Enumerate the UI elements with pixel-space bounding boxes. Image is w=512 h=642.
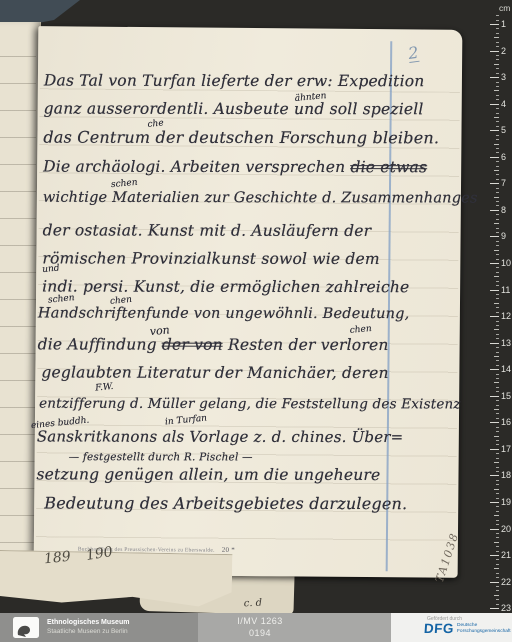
ruler-sub-tick: [496, 73, 499, 74]
ruler-sub-tick: [496, 108, 499, 109]
ruler-sub-tick: [496, 307, 499, 308]
ruler-cm-number-12: 12: [501, 312, 511, 321]
ruler-sub-tick: [496, 121, 499, 122]
ruler-sub-tick: [496, 166, 499, 167]
ruler-cm-tick-10: [490, 263, 499, 264]
ruler-sub-tick: [496, 59, 499, 60]
ruler-sub-tick: [496, 82, 499, 83]
ruler-sub-tick: [496, 152, 499, 153]
ruler-sub-tick: [496, 188, 499, 189]
handwriting-text: — festgestellt durch R. Pischel —: [69, 451, 253, 463]
ruler-cm-tick-3: [490, 77, 499, 78]
ruler-cm-tick-7: [490, 183, 499, 184]
inventory-text: I/MV 1263 0194: [198, 616, 322, 639]
ruler-sub-tick: [496, 99, 499, 100]
ruler-sub-tick: [496, 267, 499, 268]
ruler-sub-tick: [496, 506, 499, 507]
ruler-cm-tick-6: [490, 157, 499, 158]
ruler-cm-number-7: 7: [501, 179, 506, 188]
museum-text: Ethnologisches Museum Staatliche Museen …: [47, 618, 129, 636]
ruler-cm-tick-2: [490, 51, 499, 52]
ruler-cm-number-1: 1: [501, 20, 506, 29]
ruler-sub-tick: [494, 382, 499, 383]
ruler-sub-tick: [496, 228, 499, 229]
ruler-sub-tick: [494, 170, 499, 171]
ruler-cm-tick-1: [490, 24, 499, 25]
ruler-sub-tick: [496, 281, 499, 282]
ruler-sub-tick: [494, 356, 499, 357]
ruler-sub-tick: [494, 223, 499, 224]
ruler-cm-number-18: 18: [501, 471, 511, 480]
ruler-cm-number-8: 8: [501, 206, 506, 215]
handwriting-insertion-9: F.W.: [95, 382, 114, 394]
ruler-cm-number-21: 21: [501, 551, 511, 560]
inventory-number: I/MV 1263: [198, 616, 322, 627]
ruler-sub-tick: [496, 511, 499, 512]
ruler-sub-tick: [496, 400, 499, 401]
ruler-sub-tick: [496, 205, 499, 206]
ruler-cm-tick-13: [490, 343, 499, 344]
handwriting-line-3: das Centrum der deutschen Forschung blei…: [43, 128, 439, 148]
ruler-sub-tick: [496, 321, 499, 322]
ruler-sub-tick: [496, 232, 499, 233]
ruler-sub-tick: [496, 68, 499, 69]
ruler-sub-tick: [496, 427, 499, 428]
ruler-sub-tick: [496, 86, 499, 87]
handwriting-text: die Auffindung: [38, 335, 162, 353]
ruler-sub-tick: [496, 325, 499, 326]
ruler-sub-tick: [494, 568, 499, 569]
ruler-cm-number-16: 16: [501, 418, 511, 427]
ruler-sub-tick: [494, 489, 499, 490]
handwriting-insertion-3: schen: [111, 178, 138, 191]
ruler-sub-tick: [494, 515, 499, 516]
ruler-sub-tick: [496, 378, 499, 379]
ruler-cm-number-9: 9: [501, 232, 506, 241]
ruler-sub-tick: [496, 467, 499, 468]
ruler-sub-tick: [496, 374, 499, 375]
ruler-sub-tick: [496, 298, 499, 299]
next-page-edge: [0, 550, 232, 607]
ruler-sub-tick: [496, 387, 499, 388]
ruler-sub-tick: [494, 542, 499, 543]
image-number: 0194: [198, 628, 322, 639]
handwriting-line-12: entzifferung d. Müller gelang, die Fests…: [39, 396, 461, 413]
handwriting-line-10: die Auffindung der von Resten der verlor…: [38, 335, 389, 354]
handwriting-text: setzung genügen allein, um die ungeheure: [36, 465, 380, 484]
ruler-sub-tick: [496, 174, 499, 175]
ruler-sub-tick: [496, 431, 499, 432]
ruler-sub-tick: [494, 462, 499, 463]
ruler-sub-tick: [496, 42, 499, 43]
ruler-unit-label: cm: [499, 3, 510, 13]
ruler-sub-tick: [494, 303, 499, 304]
ruler-sub-tick: [496, 365, 499, 366]
ruler-sub-tick: [496, 272, 499, 273]
ruler-cm-tick-15: [490, 396, 499, 397]
ruler-cm-number-4: 4: [501, 100, 506, 109]
inventory-banner: I/MV 1263 0194: [198, 613, 391, 642]
handwriting-line-16: Bedeutung des Arbeitsgebietes darzulegen…: [44, 493, 407, 513]
ruler-sub-tick: [496, 484, 499, 485]
ruler-sub-tick: [496, 520, 499, 521]
ruler-sub-tick: [494, 90, 499, 91]
imprint-number: 20 *: [222, 546, 235, 554]
struck-text: der von: [162, 336, 223, 354]
handwriting-line-1: Das Tal von Turfan lieferte der erw: Exp…: [44, 72, 425, 91]
ruler-cm-number-6: 6: [501, 153, 506, 162]
museum-banner: Ethnologisches Museum Staatliche Museen …: [0, 613, 198, 642]
handwriting-line-11: geglaubten Literatur der Manichäer, dere…: [41, 363, 388, 382]
handwriting-text: ganz ausserordentli. Ausbeute und soll s…: [44, 100, 424, 119]
ruler-cm-tick-19: [490, 502, 499, 503]
ruler-sub-tick: [494, 144, 499, 145]
ruler-sub-tick: [496, 444, 499, 445]
ruler-sub-tick: [496, 192, 499, 193]
ruler-cm-tick-18: [490, 475, 499, 476]
ruler-sub-tick: [496, 334, 499, 335]
handwriting-text: Handschriftenfunde von ungewöhnli. Bedeu…: [38, 305, 410, 322]
handwriting-insertion-2: che: [147, 118, 164, 130]
ruler-sub-tick: [494, 64, 499, 65]
ruler-sub-tick: [494, 409, 499, 410]
ruler-sub-tick: [496, 413, 499, 414]
handwriting-text: indi. persi. Kunst, die ermöglichen zahl…: [42, 277, 409, 296]
ruler-cm-tick-16: [490, 422, 499, 423]
struck-text: die etwas: [350, 158, 427, 176]
ruler-cm-number-11: 11: [501, 286, 510, 295]
ruler-sub-tick: [496, 551, 499, 552]
ruler-sub-tick: [496, 294, 499, 295]
ruler-sub-tick: [496, 391, 499, 392]
ruler-cm-tick-22: [490, 582, 499, 583]
footer-bar: Ethnologisches Museum Staatliche Museen …: [0, 613, 512, 642]
ruler-cm-tick-17: [490, 449, 499, 450]
ruler-sub-tick: [496, 28, 499, 29]
ruler-sub-tick: [496, 201, 499, 202]
ruler-sub-tick: [494, 276, 499, 277]
ruler-sub-tick: [496, 241, 499, 242]
ruler-cm-number-5: 5: [501, 126, 506, 135]
ruler-sub-tick: [496, 577, 499, 578]
handwriting-line-14: — festgestellt durch R. Pischel —: [69, 451, 253, 463]
dfg-org-name: Deutsche Forschungsgemeinschaft: [457, 623, 511, 635]
ruler: cm 1234567891011121314151617181920212223: [487, 0, 512, 613]
ruler-sub-tick: [496, 604, 499, 605]
manuscript-page: 2 Buchhandlung des Preussischen-Vereins …: [34, 26, 463, 578]
handwriting-line-2: ganz ausserordentli. Ausbeute und soll s…: [44, 100, 424, 119]
ruler-cm-number-10: 10: [501, 259, 511, 268]
ruler-sub-tick: [496, 20, 499, 21]
ruler-cm-number-13: 13: [501, 339, 511, 348]
page-number-189: 189: [43, 549, 71, 568]
handwriting-line-15: setzung genügen allein, um die ungeheure: [36, 465, 380, 484]
handwriting-text: römischen Provinzialkunst sowol wie dem: [42, 249, 379, 268]
ruler-sub-tick: [496, 113, 499, 114]
museum-name: Ethnologisches Museum: [47, 618, 129, 627]
ruler-sub-tick: [496, 360, 499, 361]
ruler-sub-tick: [496, 537, 499, 538]
ruler-sub-tick: [496, 599, 499, 600]
ruler-sub-tick: [496, 559, 499, 560]
handwriting-text: Die archäologi. Arbeiten versprechen: [43, 158, 350, 177]
ruler-sub-tick: [496, 179, 499, 180]
ruler-sub-tick: [496, 95, 499, 96]
handwriting-insertion-8: von: [149, 323, 170, 338]
ruler-sub-tick: [494, 250, 499, 251]
ruler-sub-tick: [496, 453, 499, 454]
handwriting-insertion-4: und: [42, 263, 60, 275]
ruler-sub-tick: [496, 46, 499, 47]
ruler-cm-tick-23: [490, 608, 499, 609]
ruler-sub-tick: [496, 245, 499, 246]
ruler-sub-tick: [496, 586, 499, 587]
ruler-cm-number-14: 14: [501, 365, 511, 374]
handwriting-line-6: der ostasiat. Kunst mit d. Ausläufern de…: [43, 221, 372, 240]
ruler-sub-tick: [496, 259, 499, 260]
museum-logo-glyph: [13, 617, 39, 638]
ruler-sub-tick: [496, 219, 499, 220]
handwriting-insertion-6: chen: [110, 295, 133, 307]
ruler-sub-tick: [496, 148, 499, 149]
handwriting-text: Das Tal von Turfan lieferte der erw: Exp…: [44, 72, 425, 91]
ruler-sub-tick: [496, 214, 499, 215]
ruler-sub-tick: [496, 338, 499, 339]
ruler-cm-number-15: 15: [501, 392, 511, 401]
ruler-sub-tick: [496, 590, 499, 591]
ruler-sub-tick: [496, 254, 499, 255]
folio-number-pencil: 2: [407, 43, 420, 63]
ruler-sub-tick: [496, 573, 499, 574]
handwriting-line-7: römischen Provinzialkunst sowol wie dem: [42, 249, 379, 268]
ruler-cm-tick-5: [490, 130, 499, 131]
museum-org: Staatliche Museen zu Berlin: [47, 628, 129, 637]
funding-banner: Gefördert durch DFG Deutsche Forschungsg…: [391, 613, 512, 642]
handwriting-insertion-11: in Turfan: [165, 413, 208, 427]
ruler-sub-tick: [496, 480, 499, 481]
ruler-sub-tick: [496, 312, 499, 313]
ruler-sub-tick: [496, 405, 499, 406]
ruler-cm-tick-20: [490, 529, 499, 530]
ruler-sub-tick: [496, 15, 499, 16]
handwriting-text: geglaubten Literatur der Manichäer, dere…: [41, 363, 388, 382]
handwriting-text: der ostasiat. Kunst mit d. Ausläufern de…: [43, 221, 372, 240]
ruler-sub-tick: [494, 117, 499, 118]
ruler-sub-tick: [494, 37, 499, 38]
handwriting-line-13: Sanskritkanons als Vorlage z. d. chines.…: [37, 427, 404, 446]
ruler-sub-tick: [496, 471, 499, 472]
ruler-cm-tick-9: [490, 236, 499, 237]
ruler-sub-tick: [496, 347, 499, 348]
museum-logo-icon: [13, 617, 39, 638]
ruler-sub-tick: [494, 595, 499, 596]
ruler-sub-tick: [496, 524, 499, 525]
ruler-cm-number-19: 19: [501, 498, 511, 507]
ruler-sub-tick: [496, 493, 499, 494]
dfg-logo: DFG: [423, 621, 454, 636]
ruler-sub-tick: [496, 139, 499, 140]
ruler-sub-tick: [496, 161, 499, 162]
ruler-sub-tick: [496, 135, 499, 136]
ruler-cm-number-23: 23: [501, 604, 511, 613]
ruler-sub-tick: [496, 418, 499, 419]
ruler-sub-tick: [496, 533, 499, 534]
handwriting-line-4: Die archäologi. Arbeiten versprechen die…: [43, 158, 427, 177]
ruler-sub-tick: [496, 440, 499, 441]
handwriting-text: Resten der verloren: [223, 336, 389, 354]
ruler-cm-number-17: 17: [501, 445, 511, 454]
handwriting-text: entzifferung d. Müller gelang, die Fests…: [39, 396, 461, 413]
ruler-sub-tick: [496, 458, 499, 459]
handwriting-line-9: Handschriftenfunde von ungewöhnli. Bedeu…: [38, 305, 410, 322]
handwriting-insertion-5: schen: [48, 293, 75, 306]
ruler-cm-tick-12: [490, 316, 499, 317]
ruler-cm-tick-11: [490, 290, 499, 291]
ruler-cm-tick-21: [490, 555, 499, 556]
handwriting-insertion-7: chen: [349, 324, 372, 336]
handwriting-line-8: indi. persi. Kunst, die ermöglichen zahl…: [42, 277, 409, 296]
ruler-sub-tick: [496, 546, 499, 547]
ruler-cm-number-2: 2: [501, 47, 506, 56]
scrap-scribble-2: c. d: [244, 598, 263, 610]
handwriting-text: Sanskritkanons als Vorlage z. d. chines.…: [37, 427, 404, 446]
ruler-cm-tick-14: [490, 369, 499, 370]
ruler-sub-tick: [496, 285, 499, 286]
archival-scan: 2 Buchhandlung des Preussischen-Vereins …: [0, 0, 512, 642]
ruler-sub-tick: [496, 126, 499, 127]
ruler-cm-tick-4: [490, 104, 499, 105]
ruler-sub-tick: [494, 436, 499, 437]
ruler-sub-tick: [496, 498, 499, 499]
ruler-sub-tick: [496, 352, 499, 353]
ruler-sub-tick: [494, 197, 499, 198]
ruler-sub-tick: [496, 564, 499, 565]
ruler-cm-tick-8: [490, 210, 499, 211]
ruler-sub-tick: [496, 33, 499, 34]
handwriting-text: wichtige Materialien zur Geschichte d. Z…: [43, 190, 478, 207]
ruler-sub-tick: [496, 55, 499, 56]
ruler-cm-number-20: 20: [501, 525, 511, 534]
ruler-cm-number-22: 22: [501, 578, 511, 587]
ruler-cm-number-3: 3: [501, 73, 506, 82]
handwriting-text: das Centrum der deutschen Forschung blei…: [43, 128, 439, 148]
handwriting-line-5: wichtige Materialien zur Geschichte d. Z…: [43, 190, 478, 207]
handwriting-text: Bedeutung des Arbeitsgebietes darzulegen…: [44, 493, 407, 513]
ruler-sub-tick: [494, 329, 499, 330]
